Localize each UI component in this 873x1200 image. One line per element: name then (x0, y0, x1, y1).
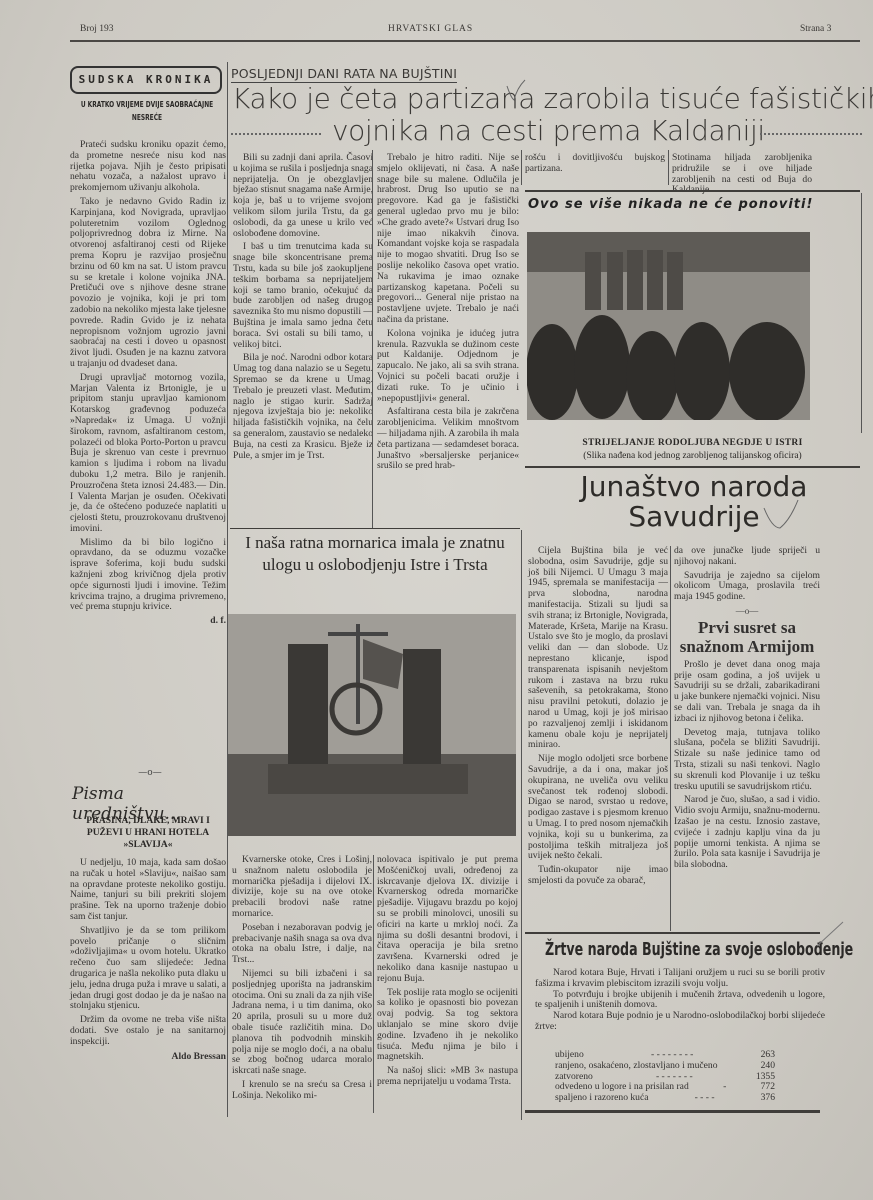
navy-article-col2: nolovaca ispitivalo je put prema Mošćeni… (377, 855, 518, 1091)
row-leader: - (723, 1082, 726, 1093)
section-rule (230, 528, 520, 529)
paragraph: I baš u tim trenutcima kada su snage bil… (233, 242, 373, 350)
checkmark-icon (505, 78, 527, 104)
paragraph: Shvatljivo je da se tom prilikom povelo … (70, 926, 226, 1012)
row-value: 240 (761, 1061, 775, 1072)
dotted-rule (760, 133, 862, 135)
row-value: 376 (761, 1093, 775, 1104)
paragraph: Držim da ovome ne treba više ništa dodat… (70, 1015, 226, 1047)
column-rule (372, 150, 373, 528)
paragraph: Trebalo je hitro raditi. Nije se smjelo … (377, 153, 519, 326)
column-rule (668, 150, 669, 185)
paragraph: Narod je čuo, slušao, a sad i vidio. Vid… (674, 795, 820, 871)
main-headline-line1: Kako je četa partizana zarobila tisuće f… (232, 84, 862, 114)
section-rule (525, 466, 860, 468)
paragraph: Prateći sudsku kroniku opazit ćemo, da p… (70, 140, 226, 194)
navy-ship-photo (228, 614, 516, 836)
paragraph: Bila je noć. Narodni odbor kotara Umag t… (233, 353, 373, 461)
paragraph: Savudrija je zajedno sa cijelom okolicom… (674, 571, 820, 603)
separator: —o— (674, 606, 820, 617)
photo-image-icon (228, 614, 516, 836)
row-label: spaljeno i razoreno kuća (555, 1093, 649, 1104)
paragraph: Narod kotara Buje podnio je u Narodno-os… (535, 1011, 825, 1033)
page-number: Strana 3 (800, 24, 831, 34)
newspaper-page: Broj 193 HRVATSKI GLAS Strana 3 SUDSKA K… (0, 0, 873, 1200)
paragraph: Nijemci su bili izbačeni i sa posljednje… (232, 969, 372, 1077)
letter-body: U nedjelju, 10 maja, kada sam došao na r… (70, 858, 226, 1062)
paragraph: rošću i dovitljivošću bujskog partizana. (525, 153, 665, 175)
separator: —o— (110, 768, 190, 778)
column-rule (521, 530, 522, 1120)
paragraph: da ove junačke ljude spriječi u njihovoj… (674, 546, 820, 568)
section-rule (525, 1110, 820, 1113)
section-box-court-chronicle: SUDSKA KRONIKA (70, 66, 222, 94)
photo-image-icon (527, 232, 810, 420)
paragraph: To potvrđuju i brojke ubijenih i mučenih… (535, 990, 825, 1012)
paragraph: Nije moglo odoljeti srce borbene Savudri… (528, 754, 668, 862)
photo-box-title: Ovo se više nikada ne će ponoviti! (528, 197, 858, 212)
savudrija-headline-line1: Junaštvo naroda (528, 472, 860, 502)
court-headline: U KRATKO VRIJEME DVIJE SAOBRAĆAJNE NESRE… (81, 98, 214, 124)
checkmark-icon (815, 920, 845, 950)
paragraph: nolovaca ispitivalo je put prema Mošćeni… (377, 855, 518, 985)
main-kicker: POSLJEDNJI DANI RATA NA BUJŠTINI (231, 66, 457, 83)
table-row: ranjeno, osakaćeno, zlostavljano i mučen… (555, 1061, 775, 1072)
section-rule (525, 932, 820, 934)
savudrija-col2: da ove junačke ljude spriječi u njihovoj… (674, 546, 820, 874)
paper-name: HRVATSKI GLAS (388, 24, 473, 34)
savudrija-headline: Junaštvo naroda Savudrije (528, 472, 860, 532)
victims-headline: Žrtve naroda Bujštine za svoje oslobođen… (545, 938, 779, 962)
checkmark-icon (762, 498, 802, 532)
victims-body: Narod kotara Buje, Hrvati i Talijani oru… (535, 968, 825, 1033)
paragraph: Na našoj slici: »MB 3« nastupa prema nep… (377, 1066, 518, 1088)
paragraph: Bili su zadnji dani aprila. Časovi u koj… (233, 153, 373, 239)
paragraph: Narod kotara Buje, Hrvati i Talijani oru… (535, 968, 825, 990)
paragraph: Drugi upravljač motornog vozila, Marjan … (70, 373, 226, 535)
table-row: spaljeno i razoreno kuća- - - -376 (555, 1093, 775, 1104)
paragraph: Devetog maja, tutnjava toliko slušana, p… (674, 728, 820, 793)
paragraph: Cijela Bujština bila je već slobodna, os… (528, 546, 668, 751)
victims-table: ubijeno- - - - - - - -263 ranjeno, osaka… (555, 1050, 775, 1104)
photo-caption-title: STRIJELJANJE RODOLJUBA NEGDJE U ISTRI (525, 438, 860, 448)
issue-number: Broj 193 (80, 24, 114, 34)
folio-rule (70, 40, 860, 42)
main-article-col1: Bili su zadnji dani aprila. Časovi u koj… (233, 153, 373, 464)
execution-photo (527, 232, 810, 420)
box-rule (861, 193, 862, 433)
column-rule (670, 546, 671, 931)
paragraph: Kvarnerske otoke, Cres i Lošinj, u snažn… (232, 855, 372, 920)
paragraph: Mislimo da bi bilo logično i opravdano, … (70, 538, 226, 614)
column-rule (521, 150, 522, 185)
navy-headline: I naša ratna mornarica imala je znatnu u… (230, 532, 520, 576)
main-article-col3b: Stotinama hiljada zarobljenika pridružil… (672, 153, 812, 199)
row-leader: - - - - (695, 1093, 715, 1104)
paragraph: U nedjelju, 10 maja, kada sam došao na r… (70, 858, 226, 923)
main-headline-line2: vojnika na cesti prema Kaldaniji (332, 116, 765, 146)
savudrija-col1: Cijela Bujština bila je već slobodna, os… (528, 546, 668, 890)
paragraph: I krenulo se na sreću sa Cresa i Lošinja… (232, 1080, 372, 1102)
main-article-col2: Trebalo je hitro raditi. Nije se smjelo … (377, 153, 519, 475)
navy-article-col1: Kvarnerske otoke, Cres i Lošinj, u snažn… (232, 855, 372, 1105)
column-rule (227, 62, 228, 1117)
letters-headline: PRAŠINA, DLAKE, MRAVI I PUŽEVI U HRANI H… (70, 815, 226, 851)
paragraph: Poseban i nezaboravan podvig je prebaciv… (232, 923, 372, 966)
dotted-rule (231, 133, 321, 135)
row-label: ranjeno, osakaćeno, zlostavljano i mučen… (555, 1061, 718, 1072)
signature: d. f. (70, 616, 226, 627)
paragraph: Tako je nedavno Gvido Radin iz Karpinjan… (70, 197, 226, 370)
main-article-col3a: rošću i dovitljivošću bujskog partizana. (525, 153, 665, 178)
sub-headline: Prvi susret sa snažnom Armijom (674, 618, 820, 656)
paragraph: Prošlo je devet dana onog maja prije osa… (674, 660, 820, 725)
savudrija-headline-line2: Savudrije (528, 502, 860, 532)
section-rule (525, 190, 860, 192)
paragraph: Asfaltirana cesta bila je zakrčena zarob… (377, 407, 519, 472)
paragraph: Kolona vojnika je idućeg jutra krenula. … (377, 329, 519, 405)
column-rule (373, 855, 374, 1113)
photo-caption-subtitle: (Slika nađena kod jednog zarobljenog tal… (525, 451, 860, 461)
paragraph: Tuđin-okupator nije imao smjelosti da po… (528, 865, 668, 887)
paragraph: Tek poslije rata moglo se ocijeniti sa k… (377, 988, 518, 1064)
signature: Aldo Bressan (70, 1052, 226, 1063)
court-article-body: Prateći sudsku kroniku opazit ćemo, da p… (70, 140, 226, 627)
